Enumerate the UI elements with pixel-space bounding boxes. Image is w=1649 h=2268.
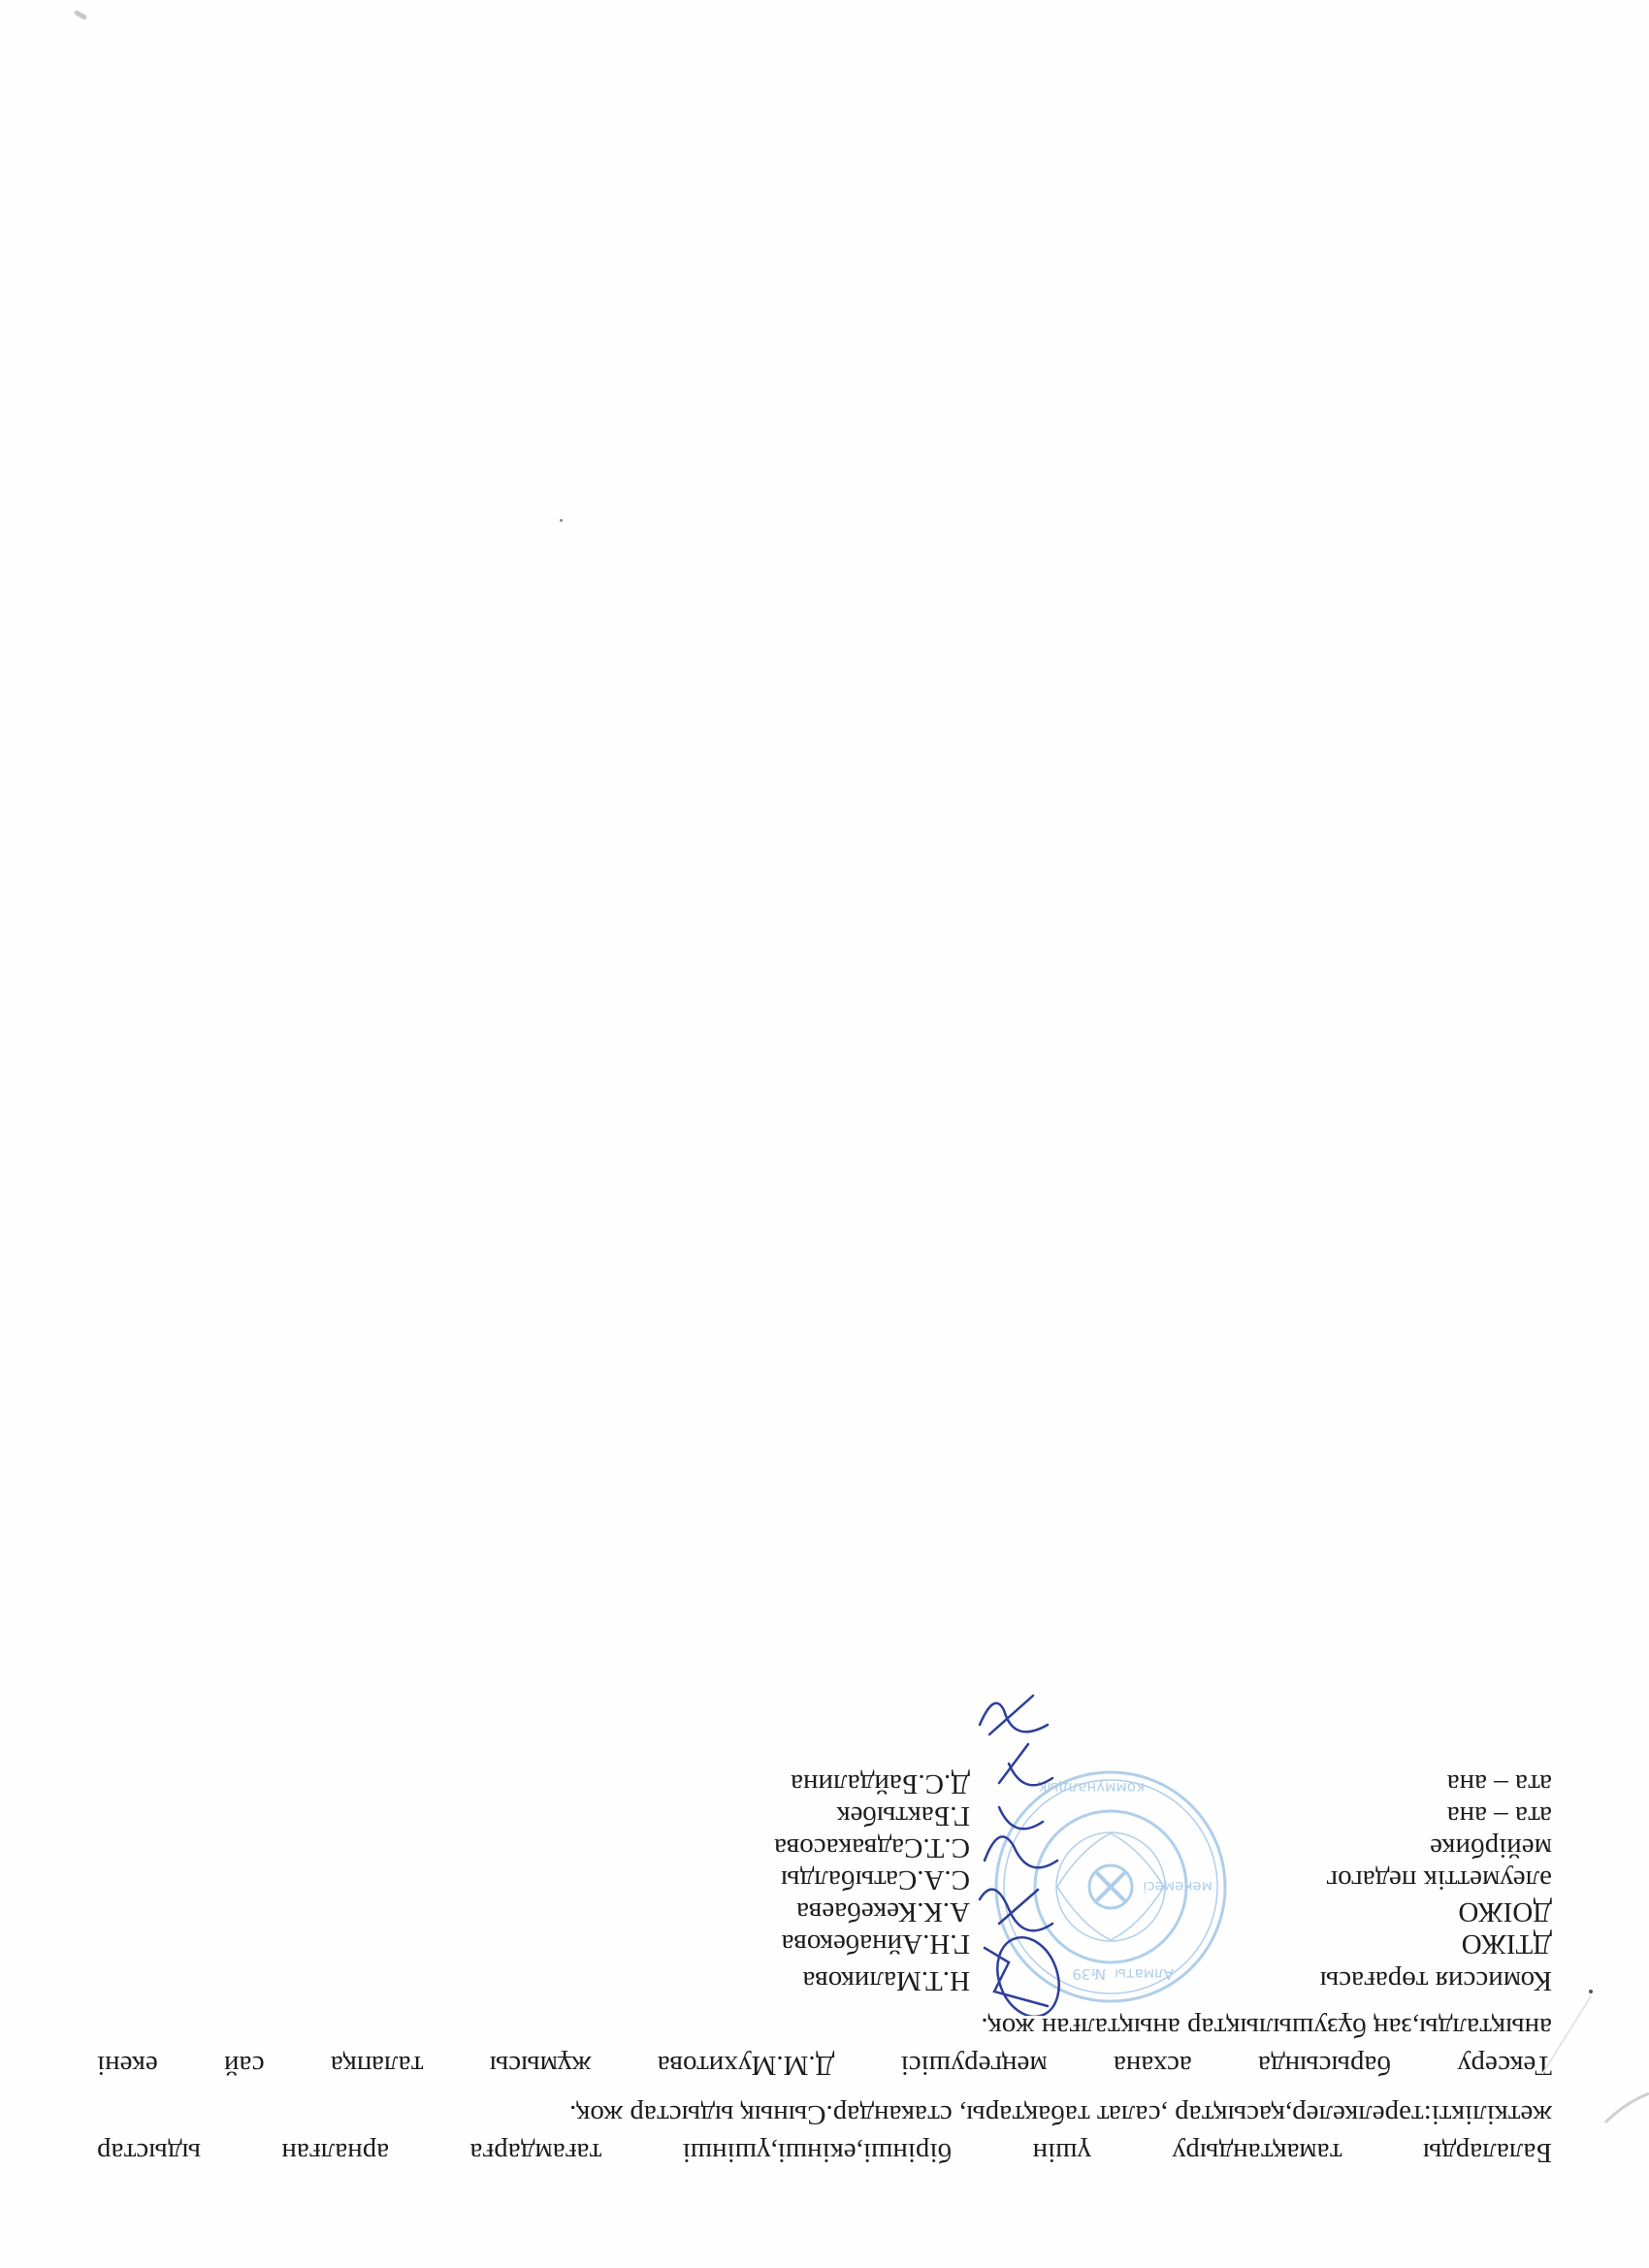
- commission-name: А.К.Кекебаева: [774, 1895, 970, 1928]
- svg-text:мекемесі: мекемесі: [1143, 1878, 1212, 1895]
- scanned-document-page: Балаларды тамақтандыру үшін бірінші,екін…: [0, 0, 1649, 2268]
- handwritten-signatures: [970, 1686, 1067, 2016]
- commission-role: ата – ана: [1320, 1799, 1552, 1831]
- commission-role: әлеуметтік педагог: [1320, 1863, 1552, 1895]
- commission-name: Г.Н.Айнабекова: [774, 1928, 970, 1960]
- paragraph-line: Тексеру барысында асхана меңгерушісі Д.М…: [97, 2046, 1552, 2084]
- svg-text:№39: №39: [1072, 1965, 1106, 1983]
- commission-role: ДОІЖО: [1320, 1895, 1552, 1928]
- commission-name: С.А.Сатыбалды: [774, 1863, 970, 1895]
- scan-edge-mark: [1533, 1977, 1649, 2268]
- svg-text:Алматы: Алматы: [1115, 1965, 1174, 1983]
- commission-role: мейірбике: [1320, 1831, 1552, 1863]
- commission-roles: Комиссия төрағасы ДТІЖО ДОІЖО әлеуметтік…: [1320, 1767, 1552, 1996]
- commission-role: ДТІЖО: [1320, 1928, 1552, 1960]
- paragraph-line: жеткілікті:тәрелкелер,қасықтар ,салат та…: [97, 2095, 1552, 2133]
- commission-name: С.Т.Садвакасова: [774, 1831, 970, 1863]
- paragraph-dishes: Балаларды тамақтандыру үшін бірінші,екін…: [97, 2095, 1552, 2171]
- paragraph-line: анықталды,заң бұзушылықтар анықталған жо…: [97, 2008, 1552, 2046]
- commission-name: Н.Т.Маликова: [774, 1960, 970, 1996]
- paragraph-inspection-result: Тексеру барысында асхана меңгерушісі Д.М…: [97, 2008, 1552, 2084]
- commission-role: ата – ана: [1320, 1767, 1552, 1799]
- scan-dust-mark: [74, 10, 88, 20]
- commission-name: Д.С.Байдалина: [774, 1767, 970, 1799]
- commission-names: Н.Т.Маликова Г.Н.Айнабекова А.К.Кекебаев…: [774, 1767, 970, 1996]
- commission-signature-block: Комиссия төрағасы ДТІЖО ДОІЖО әлеуметтік…: [97, 1608, 1552, 1996]
- commission-name: Г.Бактыбек: [774, 1799, 970, 1831]
- commission-role: Комиссия төрағасы: [1320, 1960, 1552, 1996]
- paragraph-line: Балаларды тамақтандыру үшін бірінші,екін…: [97, 2133, 1552, 2171]
- scan-dust-mark: [560, 519, 563, 522]
